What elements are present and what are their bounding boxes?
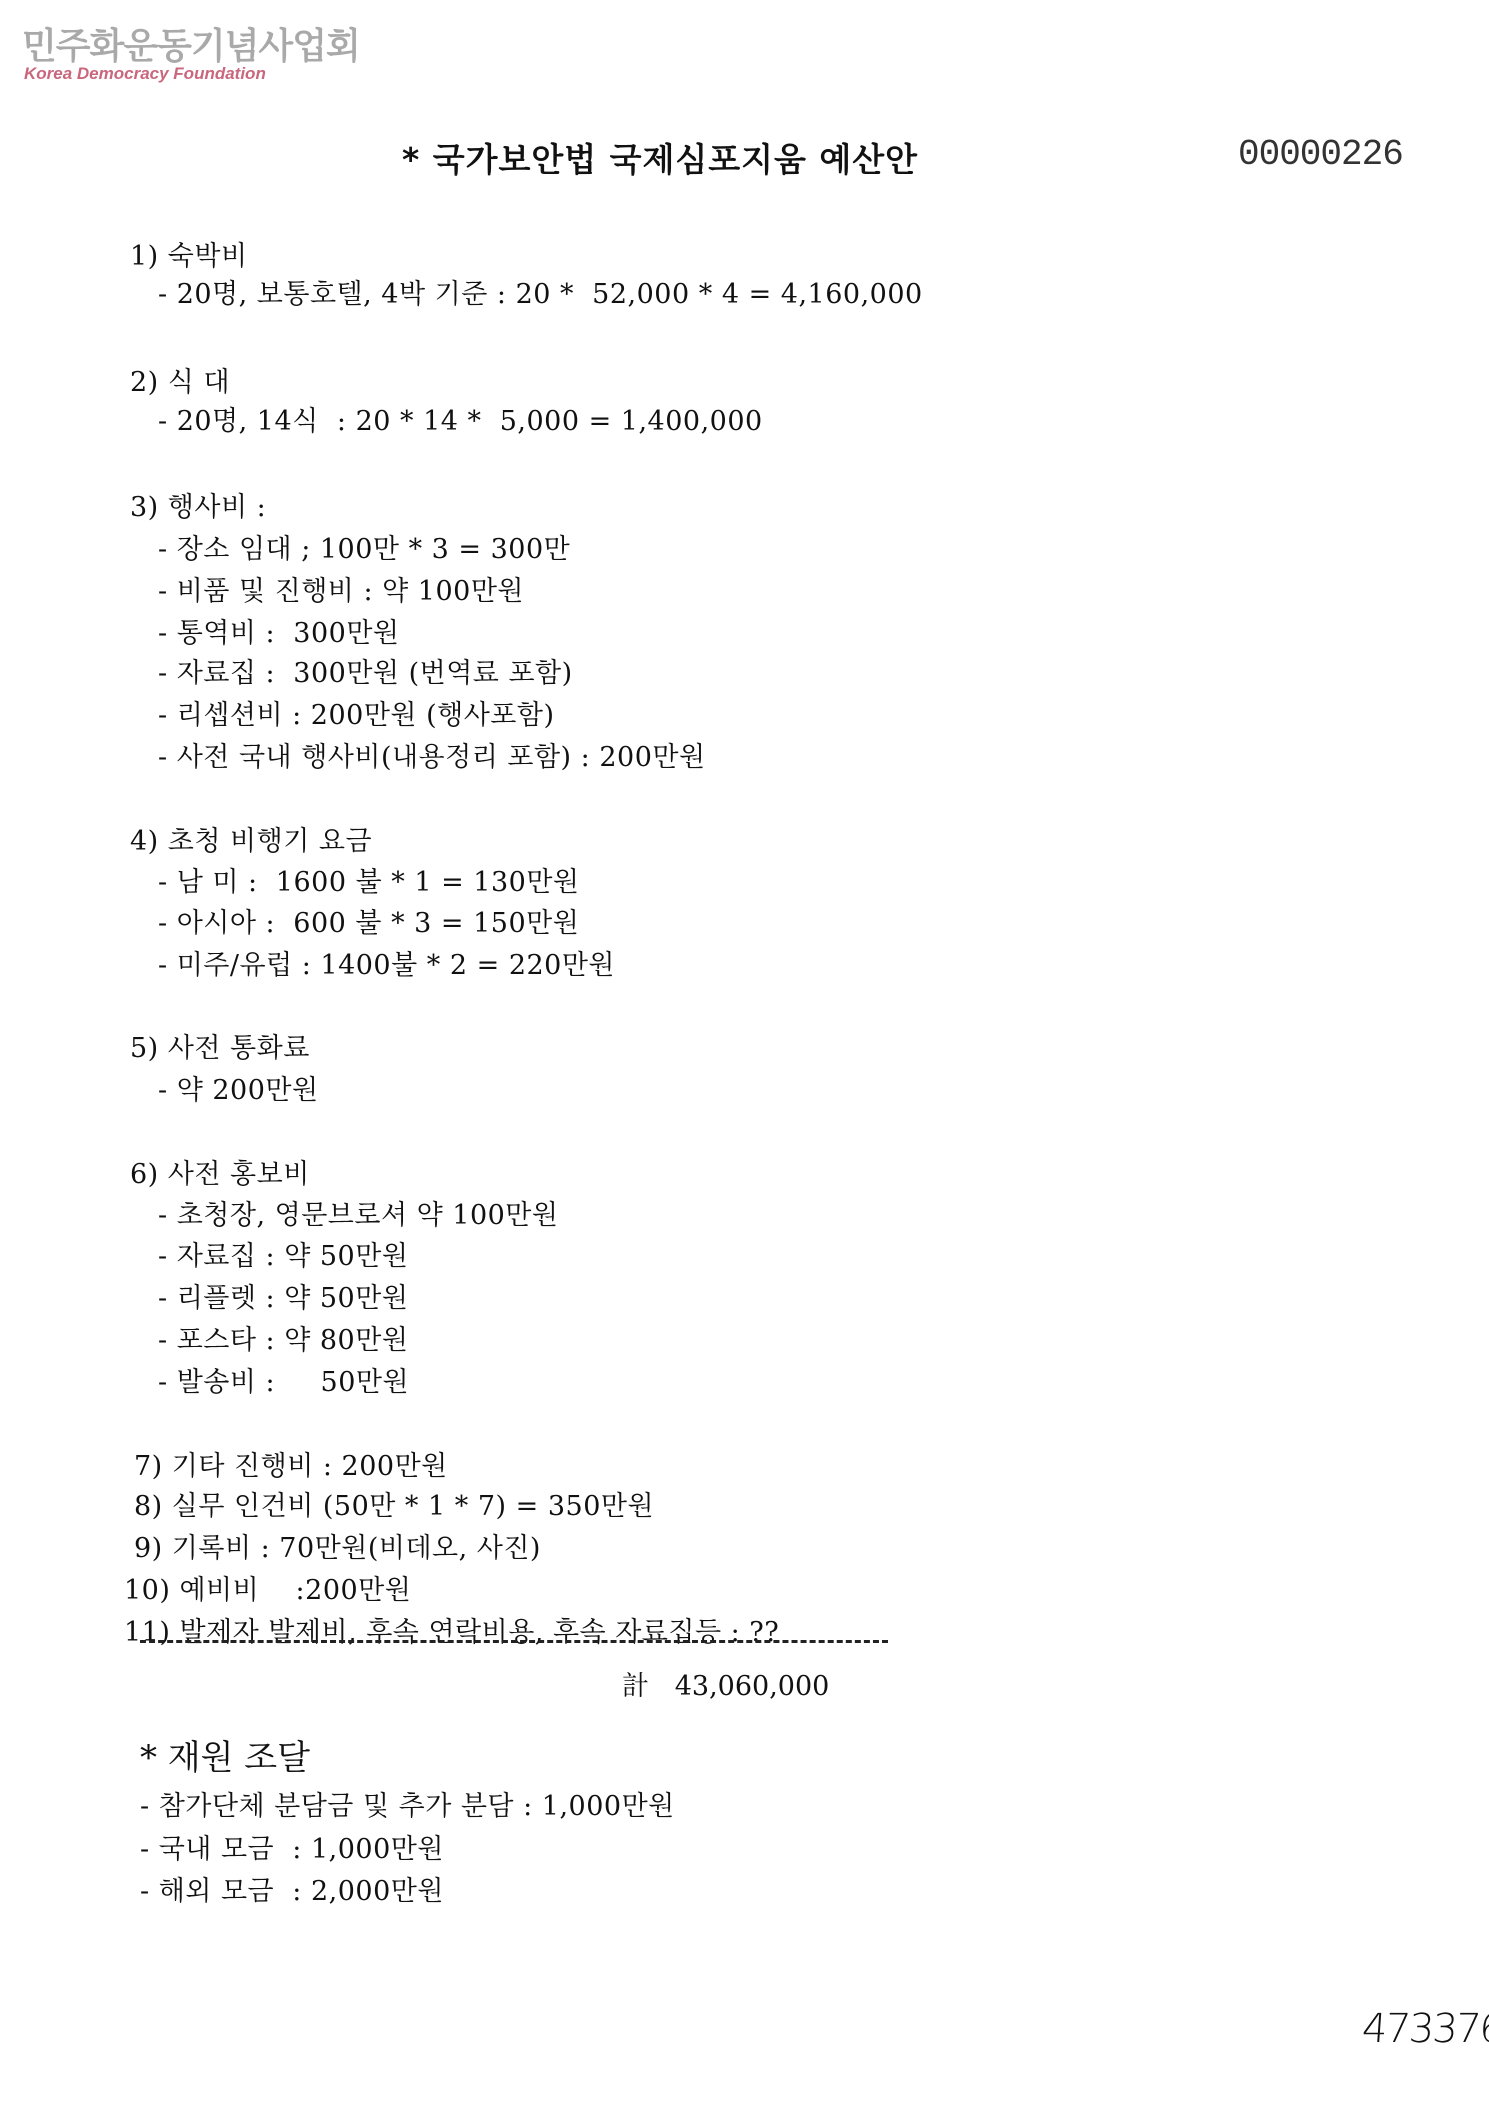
divider	[140, 1640, 888, 1643]
document-title: * 국가보안법 국제심포지움 예산안	[402, 134, 918, 181]
section-item: - 리셉션비 : 200만원 (행사포함)	[158, 693, 554, 732]
section-heading-promotion: 6) 사전 홍보비	[130, 1152, 310, 1191]
section-item: - 장소 임대 ; 100만 * 3 = 300만	[158, 527, 570, 566]
budget-item: 10) 예비비 :200만원	[124, 1568, 411, 1607]
section-heading-airfare: 4) 초청 비행기 요금	[130, 819, 372, 858]
section-heading-phone: 5) 사전 통화료	[130, 1026, 310, 1065]
budget-item: 9) 기록비 : 70만원(비데오, 사진)	[134, 1526, 541, 1565]
section-item: - 발송비 : 50만원	[158, 1360, 409, 1399]
section-item: - 자료집 : 300만원 (번역료 포함)	[158, 651, 573, 690]
section-heading-event-costs: 3) 행사비 :	[130, 485, 266, 524]
section-item: - 초청장, 영문브로셔 약 100만원	[158, 1193, 558, 1232]
logo-korean: 민주화운동기념사업회	[22, 18, 360, 69]
budget-item: 8) 실무 인건비 (50만 * 1 * 7) = 350만원	[134, 1484, 654, 1523]
section-item: - 사전 국내 행사비(내용정리 포함) : 200만원	[158, 735, 706, 774]
section-item: - 통역비 : 300만원	[158, 611, 400, 650]
budget-item: 7) 기타 진행비 : 200만원	[134, 1444, 448, 1483]
funding-item: - 국내 모금 : 1,000만원	[140, 1827, 444, 1866]
section-heading-meals: 2) 식 대	[130, 360, 230, 399]
section-item: - 포스타 : 약 80만원	[158, 1318, 408, 1357]
budget-item: 11) 발제자 발제비, 후속 연락비용, 후속 자료집등 : ??	[124, 1610, 779, 1649]
funding-heading: * 재원 조달	[140, 1730, 310, 1779]
section-item: - 아시아 : 600 불 * 3 = 150만원	[158, 901, 579, 940]
document-number: 00000226	[1238, 134, 1403, 175]
section-item: - 남 미 : 1600 불 * 1 = 130만원	[158, 860, 580, 899]
section-item: - 약 200만원	[158, 1068, 319, 1107]
section-item: - 비품 및 진행비 : 약 100만원	[158, 569, 524, 608]
section-heading-lodging: 1) 숙박비	[130, 234, 248, 273]
section-item: - 20명, 14식 : 20 * 14 * 5,000 = 1,400,000	[158, 399, 763, 438]
section-item: - 미주/유럽 : 1400불 * 2 = 220만원	[158, 943, 615, 982]
section-item: - 자료집 : 약 50만원	[158, 1234, 408, 1273]
total-amount: 計 43,060,000	[622, 1664, 829, 1703]
funding-item: - 참가단체 분담금 및 추가 분담 : 1,000만원	[140, 1784, 675, 1823]
section-item: - 리플렛 : 약 50만원	[158, 1276, 408, 1315]
logo-english: Korea Democracy Foundation	[24, 64, 266, 84]
handwritten-number: 473376	[1360, 2006, 1489, 2052]
funding-item: - 해외 모금 : 2,000만원	[140, 1869, 444, 1908]
section-item: - 20명, 보통호텔, 4박 기준 : 20 * 52,000 * 4 = 4…	[158, 272, 923, 311]
